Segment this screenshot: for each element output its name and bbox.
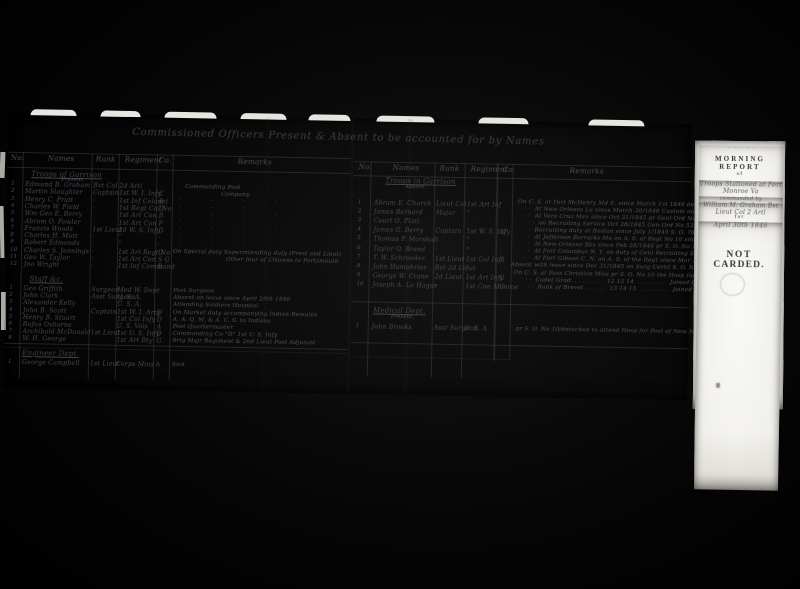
cell-rank: 1st Lieut [435,256,465,263]
cell-remark: Sick [172,363,185,369]
cell-regiment: ” [466,266,469,272]
cell-rank: · [92,234,94,240]
cell-co: F [158,221,163,227]
section-subheader: Present. [391,315,415,321]
cell-name: John Humphries [373,264,427,271]
ledger-sheet: Commissioned Officers Present & Absent t… [4,112,693,400]
column-header-rem: Remarks [570,167,604,175]
cell-co: C [500,276,505,282]
paper-edge-bump [165,112,217,119]
cell-rank: · [92,242,94,248]
cell-regiment: U. S. A. [465,326,490,333]
column-header-no: No. [359,163,373,171]
cell-co: G [156,339,161,345]
cell-regiment: 1st Art Bty [116,338,152,345]
cell-co: B [500,257,505,263]
card-printed-title: MORNING REPORT [695,155,785,172]
cell-regiment: ” [467,211,470,217]
column-header-co: Co. [503,166,516,174]
cell-no: 2 [9,293,13,298]
cell-co: G [500,230,505,236]
cell-regiment: 1st Col Inf [466,257,501,264]
cell-co: C [499,285,504,291]
column-header-co: Co. [159,157,172,165]
cell-rank: Captain [93,191,119,198]
cell-name: Joseph A. La Hague [372,282,438,289]
section-header: Engineer Dept. [22,350,79,358]
cell-rank: 2d Lieut [435,274,463,281]
cell-co: B [159,199,164,205]
table-rule-vertical [367,161,372,376]
column-header-no: No. [11,154,25,162]
cell-co: · [500,248,502,254]
cell-no: 8 [357,264,361,269]
paper-edge-bump [478,117,528,124]
column-header-rem: Remarks [238,158,272,166]
cell-regiment: 1st Inf Command [118,264,175,271]
paper-edge-bump [308,114,350,121]
cell-no: 4 [357,227,361,232]
cell-no: 6 [9,322,13,327]
cell-no: 1 [11,182,15,187]
cell-no: 9 [10,240,14,245]
cell-name: Taylor O. Brand [373,246,425,253]
cell-rank: Major [436,211,456,218]
remark-line: Commanding Post [185,185,241,192]
cell-rank: Captain [91,309,117,316]
stamp-ring [720,273,745,296]
cell-regiment: 1st Con Monroe [465,284,518,291]
cell-rank: · [435,247,437,253]
cell-no: 5 [9,315,13,320]
cell-no: 1 [356,324,360,329]
cell-rank: · [91,302,93,308]
cell-rank: · [92,264,94,270]
cell-no: 1 [358,200,362,205]
cell-regiment: U. S. A. [117,302,142,309]
cell-no: 1 [8,360,12,365]
cell-no: 10 [10,247,17,253]
cell-name: T. W. Schroeder [373,255,425,262]
card-not-carded: CARDED. [694,260,784,271]
cell-name: George Campbell [22,360,80,367]
cell-regiment: 1st Art Con [119,213,157,220]
cell-no: 2 [11,189,15,194]
column-header-reg: Regiment [125,156,162,164]
remark-line: · · · [178,241,244,248]
cell-rank: · [93,198,95,204]
card-for-label: for [694,214,784,221]
cell-no: 5 [11,211,15,216]
column-header-rank: Rank [440,165,460,173]
page-title-script: Commissioned Officers Present & Absent t… [132,128,545,148]
cell-rank: · [434,283,436,289]
cell-regiment: Corps Mins [116,362,154,369]
cell-no: 4 [11,204,15,209]
cell-no: 2 [358,209,362,214]
column-header-name: Names [48,154,75,162]
cell-rank: Captain [435,229,461,236]
cell-no: 6 [11,218,15,223]
cell-rank: · [92,249,94,255]
paper-edge-bump [588,119,644,126]
scan-background: Commissioned Officers Present & Absent t… [0,0,800,589]
remark-line: Other four of Citizens to Portsmouth [226,258,339,266]
cell-co: · [158,243,160,249]
cell-co: D [157,310,162,316]
cell-regiment: 2d W. S. Infy [118,228,160,235]
cell-name: Court O. Platt [374,219,420,226]
morning-report-card: ~ ~ ~ ~ ~ MORNING REPORT of Troops Stati… [693,141,785,410]
cell-no: 6 [357,246,361,251]
cell-co: · [158,236,160,242]
cell-co: · [500,266,502,272]
cell-rank: Bvt 2d Lieut [435,265,476,272]
column-header-name: Names [393,164,420,172]
cell-no: 3 [358,218,362,223]
cell-no: 8 [10,233,14,238]
cell-co: · [500,239,502,245]
cell-regiment: ” [118,242,121,248]
dust-speck [339,127,341,129]
cell-rank: · [92,256,94,262]
paper-edge-bump [31,109,77,116]
cell-no: 9 [357,273,361,278]
cell-name: George W. Crane [373,273,429,280]
cell-name: Jno Wright [24,262,60,269]
cell-rank: · [93,205,95,211]
card-of-label: of [695,171,785,178]
cell-regiment: 1st Art Infy [466,275,504,282]
cell-regiment: 1st Art Inf [467,202,501,209]
cell-regiment: ” [466,239,469,245]
cell-no: 5 [357,237,361,242]
cell-co: B [158,265,163,271]
cell-no: 7 [357,255,361,260]
cell-rank: · [93,220,95,226]
cell-name: James Bernard [374,210,423,217]
cell-rank: · [93,213,95,219]
cell-name: W. H. George [22,336,66,343]
cell-no: 11 [10,255,17,261]
cell-name: Thomas P. Marshall [373,237,438,244]
cell-name: Abram E. Church [374,200,432,207]
paper-sliver [0,206,4,258]
column-header-rank: Rank [96,155,116,163]
cell-no: 8 [8,336,12,341]
cell-rank: · [90,338,92,344]
ink-mark [716,383,720,388]
page-seam [346,118,354,394]
cell-no: 7 [9,329,13,334]
section-subheader: Absent. [405,185,426,191]
paper-edge-bump [101,110,141,117]
cell-name: James G. Berry [373,228,423,235]
cell-no: 7 [10,226,14,231]
cell-co: B [159,214,164,220]
section-header: Staff &c. [29,276,62,284]
table-rule-horizontal [350,342,688,349]
cell-no: 3 [11,196,15,201]
cell-no: 10 [356,282,363,288]
cell-rank: · [435,238,437,244]
cell-no: 3 [9,300,13,305]
cell-no: 12 [10,262,17,268]
cell-co: C [159,192,164,198]
cell-regiment: ” [466,248,469,254]
paper-sliver [0,152,5,178]
cell-no: 1 [9,286,13,291]
cell-rank: Lieut Col [436,202,467,209]
cell-no: 4 [9,307,13,312]
cell-co: b [156,362,160,368]
cell-name: John Brooks [372,324,412,331]
remark-line: · · Rank of Brevet . . . . . 13 14 15 . … [527,285,720,294]
